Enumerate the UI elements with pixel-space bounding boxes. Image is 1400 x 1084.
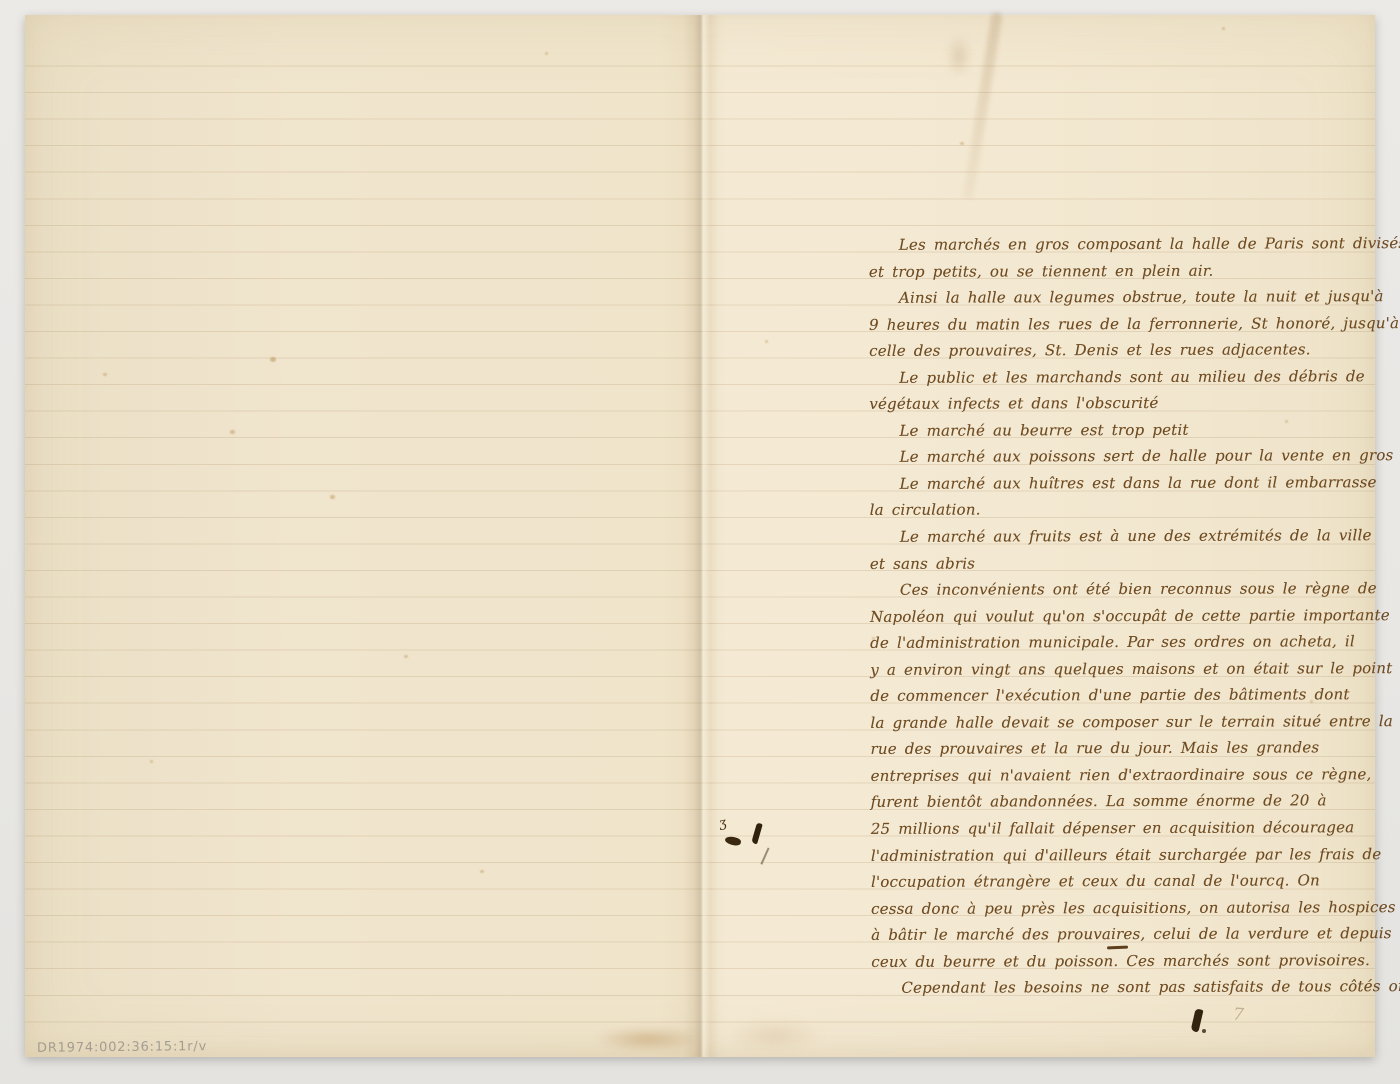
center-fold-crease bbox=[683, 15, 719, 1057]
manuscript-line: 25 millions qu'il fallait dépenser en ac… bbox=[871, 814, 1387, 842]
manuscript-line: celle des prouvaires, St. Denis et les r… bbox=[869, 336, 1385, 364]
stain-bottom-fold bbox=[553, 998, 713, 1053]
manuscript-line: furent bientôt abandonnées. La somme éno… bbox=[871, 788, 1387, 816]
foxing-spot bbox=[545, 52, 548, 55]
foxing-spot bbox=[330, 495, 335, 499]
manuscript-line: entreprises qui n'avaient rien d'extraor… bbox=[871, 761, 1387, 789]
manuscript-line: l'administration qui d'ailleurs était su… bbox=[871, 841, 1387, 869]
manuscript-line: la grande halle devait se composer sur l… bbox=[870, 708, 1386, 736]
manuscript-line: Ainsi la halle aux legumes obstrue, tout… bbox=[869, 283, 1385, 311]
manuscript-line: l'occupation étrangère et ceux du canal … bbox=[871, 867, 1387, 895]
manuscript-line: Cependant les besoins ne sont pas satisf… bbox=[871, 973, 1387, 1001]
manuscript-line: de l'administration municipale. Par ses … bbox=[870, 628, 1386, 656]
ink-blot bbox=[724, 835, 741, 847]
foxing-spot bbox=[404, 655, 408, 658]
foxing-spot bbox=[960, 142, 964, 145]
stain-drip bbox=[962, 11, 1003, 200]
accession-number: DR1974:002:36:15:1r/v bbox=[37, 1039, 207, 1056]
ink-stroke-mark bbox=[751, 823, 763, 845]
manuscript-line: Napoléon qui voulut qu'on s'occupât de c… bbox=[870, 602, 1386, 630]
manuscript-line: y a environ vingt ans quelques maisons e… bbox=[870, 655, 1386, 683]
foxing-spot bbox=[103, 373, 107, 376]
manuscript-line: à bâtir le marché des prouvaires, celui … bbox=[871, 920, 1387, 948]
manuscript-line: Le marché au beurre est trop petit bbox=[869, 416, 1385, 444]
manuscript-line: Ces inconvénients ont été bien reconnus … bbox=[870, 575, 1386, 603]
manuscript-text-block: Les marchés en gros composant la halle d… bbox=[869, 230, 1388, 1002]
manuscript-line: Les marchés en gros composant la halle d… bbox=[869, 230, 1385, 258]
foxing-spot bbox=[480, 870, 484, 873]
manuscript-line: la circulation. bbox=[870, 496, 1386, 524]
manuscript-line: Le marché aux poissons sert de halle pou… bbox=[869, 442, 1385, 470]
foxing-spot bbox=[150, 760, 153, 763]
manuscript-spread: Les marchés en gros composant la halle d… bbox=[25, 15, 1375, 1057]
manuscript-line: et trop petits, ou se tiennent en plein … bbox=[869, 257, 1385, 285]
manuscript-line: rue des prouvaires et la rue du jour. Ma… bbox=[870, 734, 1386, 762]
foxing-spot bbox=[270, 357, 276, 362]
ink-blot-bottom-dot bbox=[1202, 1029, 1206, 1033]
manuscript-line: cessa donc à peu près les acquisitions, … bbox=[871, 894, 1387, 922]
manuscript-line: ceux du beurre et du poisson. Ces marché… bbox=[871, 947, 1387, 975]
manuscript-line: 9 heures du matin les rues de la ferronn… bbox=[869, 310, 1385, 338]
page-number: 7 bbox=[1232, 1005, 1244, 1026]
foxing-spot bbox=[1222, 27, 1225, 30]
manuscript-line: de commencer l'exécution d'une partie de… bbox=[870, 681, 1386, 709]
manuscript-line: végétaux infects et dans l'obscurité bbox=[869, 389, 1385, 417]
ink-stroke-tail bbox=[760, 847, 769, 864]
manuscript-line: et sans abris bbox=[870, 549, 1386, 577]
ink-squiggle-mark: ʒ bbox=[718, 815, 728, 831]
ink-blot-bottom bbox=[1191, 1008, 1204, 1032]
foxing-spot bbox=[230, 430, 235, 434]
manuscript-line: Le marché aux huîtres est dans la rue do… bbox=[869, 469, 1385, 497]
stain-bottom-right bbox=[715, 1015, 835, 1055]
foxing-spot bbox=[765, 340, 768, 343]
stain-blotch bbox=[943, 27, 975, 85]
manuscript-line: Le public et les marchands sont au milie… bbox=[869, 363, 1385, 391]
scan-background: Les marchés en gros composant la halle d… bbox=[0, 0, 1400, 1084]
manuscript-line: Le marché aux fruits est à une des extré… bbox=[870, 522, 1386, 550]
